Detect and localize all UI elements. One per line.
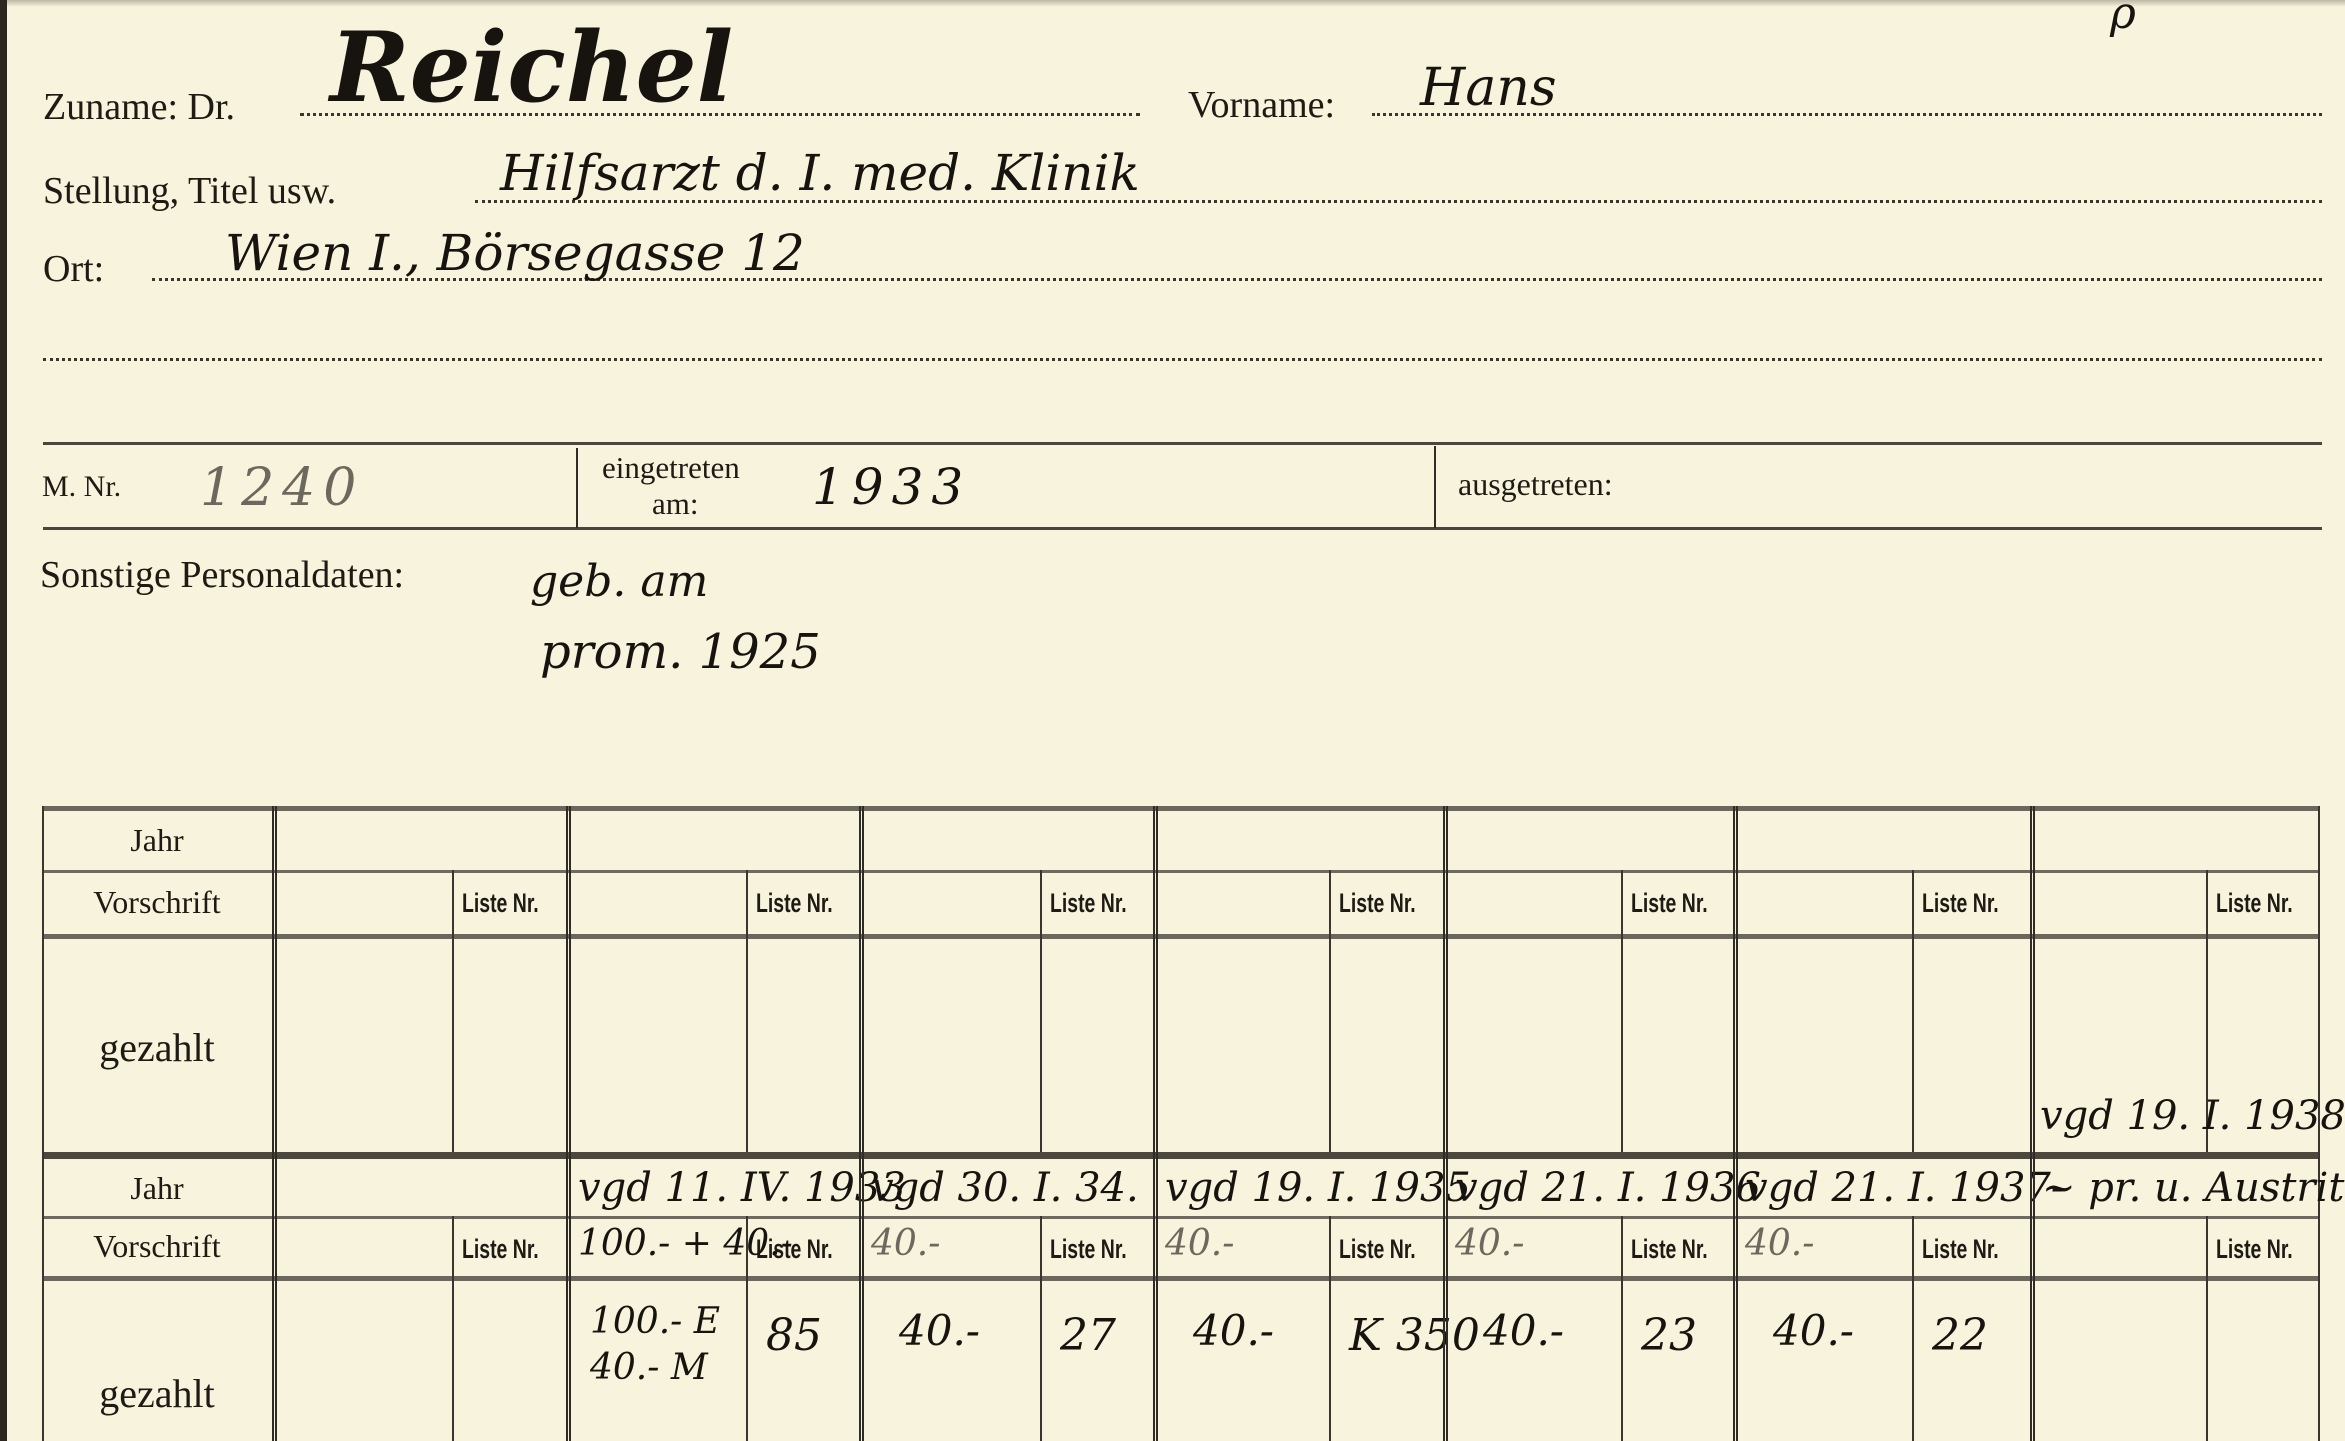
block2-liste-value-cell[interactable]: K 350 — [1349, 1314, 1480, 1358]
block2-top-border — [42, 1152, 2320, 1159]
block1-group-divider — [566, 806, 571, 1152]
block1-group-divider — [2030, 806, 2035, 1152]
eingetreten-value[interactable]: 1933 — [812, 462, 971, 512]
block2-liste-label: Liste Nr. — [2216, 1236, 2293, 1263]
block1-liste-label: Liste Nr. — [462, 890, 539, 917]
block2-group-divider — [1153, 1152, 1158, 1441]
block2-gezahlt-cell[interactable]: 40.- — [1773, 1310, 1854, 1352]
block1-vorschrift-label: Vorschrift — [42, 886, 272, 918]
block1-liste-divider — [746, 870, 748, 1152]
block2-group-divider — [1443, 1152, 1448, 1441]
block2-gezahlt-cell-line-2[interactable]: 40.- M — [590, 1350, 708, 1386]
ausgetreten-label: ausgetreten: — [1458, 468, 1613, 500]
scan-left-edge — [0, 0, 7, 1441]
block2-group-divider — [1733, 1152, 1738, 1441]
block1-liste-label: Liste Nr. — [1631, 890, 1708, 917]
block2-group-divider — [566, 1152, 571, 1441]
block2-jahr-bottom — [42, 1216, 2320, 1219]
block1-group-divider — [1733, 806, 1738, 1152]
scan-top-edge — [0, 0, 2345, 6]
eingetreten-am-label: am: — [652, 488, 699, 519]
block2-vorschrift-label: Vorschrift — [42, 1230, 272, 1262]
block2-gezahlt-cell-line-1[interactable]: 100.- E — [590, 1304, 720, 1340]
block2-jahr-cell[interactable]: vgd 21. I. 1937- — [1745, 1168, 2064, 1208]
stellung-label: Stellung, Titel usw. — [43, 172, 336, 210]
block1-group-divider — [1443, 806, 1448, 1152]
membership-top-rule — [43, 442, 2322, 445]
block2-vorschrift-cell[interactable]: 40.- — [1745, 1226, 1814, 1262]
block1-vorschrift-bottom — [42, 934, 2320, 939]
block1-liste-divider — [1912, 870, 1914, 1152]
block2-group-divider — [272, 1152, 277, 1441]
block2-vorschrift-cell[interactable]: 40.- — [1165, 1226, 1234, 1262]
block2-liste-divider — [2206, 1216, 2208, 1441]
block2-liste-label: Liste Nr. — [1050, 1236, 1127, 1263]
zuname-value[interactable]: Reichel — [330, 20, 733, 116]
block1-liste-divider — [1329, 870, 1331, 1152]
personal-line-1[interactable]: geb. am — [530, 560, 708, 604]
block2-vorschrift-bottom — [42, 1276, 2320, 1281]
block2-jahr-cell[interactable]: ~ pr. u. Austritt — [2042, 1168, 2345, 1208]
ort-value[interactable]: Wien I., Börsegasse 12 — [225, 228, 805, 278]
block2-jahr-label: Jahr — [42, 1172, 272, 1204]
block2-liste-label: Liste Nr. — [1922, 1236, 1999, 1263]
mnr-label: M. Nr. — [42, 472, 121, 502]
block1-liste-label: Liste Nr. — [1050, 890, 1127, 917]
block2-jahr-cell[interactable]: vgd 21. I. 1936 — [1455, 1168, 1761, 1208]
block2-liste-divider — [1912, 1216, 1914, 1441]
block1-liste-label: Liste Nr. — [756, 890, 833, 917]
block1-liste-label: Liste Nr. — [1339, 890, 1416, 917]
block2-liste-label: Liste Nr. — [1631, 1236, 1708, 1263]
block2-jahr-cell[interactable]: vgd 30. I. 34. — [871, 1168, 1139, 1208]
block2-vorschrift-cell[interactable]: 40.- — [871, 1226, 940, 1262]
personal-line-2[interactable]: prom. 1925 — [540, 628, 821, 676]
block2-jahr-cell[interactable]: vgd 11. IV. 1933 — [578, 1168, 906, 1208]
block2-vorschrift-cell[interactable]: 40.- — [1455, 1226, 1524, 1262]
block2-gezahlt-label: gezahlt — [42, 1374, 272, 1414]
stellung-value[interactable]: Hilfsarzt d. I. med. Klinik — [500, 148, 1140, 198]
block2-jahr-cell[interactable]: vgd 19. I. 1935 — [1165, 1168, 1471, 1208]
blank-address-line — [43, 358, 2322, 361]
block2-gezahlt-cell[interactable]: 40.- — [1193, 1310, 1274, 1352]
vorname-label: Vorname: — [1188, 86, 1335, 124]
block2-liste-value-cell[interactable]: 27 — [1060, 1314, 1116, 1358]
block1-group-divider — [272, 806, 277, 1152]
block2-liste-divider — [1329, 1216, 1331, 1441]
block1-gezahlt-label: gezahlt — [42, 1028, 272, 1068]
block2-group-divider — [859, 1152, 864, 1441]
block2-gezahlt-cell[interactable]: 40.- — [899, 1310, 980, 1352]
ort-label: Ort: — [43, 250, 104, 288]
table-top-border — [42, 806, 2320, 811]
block2-liste-value-cell[interactable]: 23 — [1641, 1314, 1697, 1358]
block2-vorschrift-cell[interactable]: 100.- + 40.- — [578, 1226, 793, 1262]
block1-liste-label: Liste Nr. — [1922, 890, 1999, 917]
block2-group-divider — [2030, 1152, 2035, 1441]
membership-bottom-rule — [43, 527, 2322, 530]
block1-jahr-bottom — [42, 870, 2320, 873]
block2-liste-label: Liste Nr. — [1339, 1236, 1416, 1263]
block1-liste-divider — [1040, 870, 1042, 1152]
personal-label: Sonstige Personaldaten: — [40, 556, 404, 594]
block1-gezahlt-cell[interactable]: vgd 19. I. 1938 — [2040, 1096, 2345, 1136]
block1-liste-divider — [1621, 870, 1623, 1152]
block2-liste-divider — [1040, 1216, 1042, 1441]
block2-liste-value-cell[interactable]: 22 — [1932, 1314, 1988, 1358]
block1-jahr-label: Jahr — [42, 824, 272, 856]
mnr-value[interactable]: 1240 — [200, 462, 364, 514]
block2-liste-divider — [452, 1216, 454, 1441]
vorname-value[interactable]: Hans — [1420, 62, 1557, 114]
block1-liste-label: Liste Nr. — [2216, 890, 2293, 917]
membership-divider-2 — [1434, 446, 1436, 528]
block2-liste-label: Liste Nr. — [462, 1236, 539, 1263]
payment-table: Jahr Vorschrift gezahlt Jahr Vorschrift … — [42, 806, 2320, 1441]
block1-liste-divider — [452, 870, 454, 1152]
block2-liste-divider — [1621, 1216, 1623, 1441]
block1-group-divider — [859, 806, 864, 1152]
block2-liste-value-cell[interactable]: 85 — [766, 1314, 822, 1358]
block1-group-divider — [1153, 806, 1158, 1152]
membership-divider-1 — [576, 448, 578, 528]
corner-mark: ρ — [2110, 0, 2136, 36]
eingetreten-label: eingetreten — [602, 452, 740, 483]
zuname-label: Zuname: Dr. — [43, 88, 235, 126]
block2-gezahlt-cell[interactable]: 40.- — [1483, 1310, 1564, 1352]
